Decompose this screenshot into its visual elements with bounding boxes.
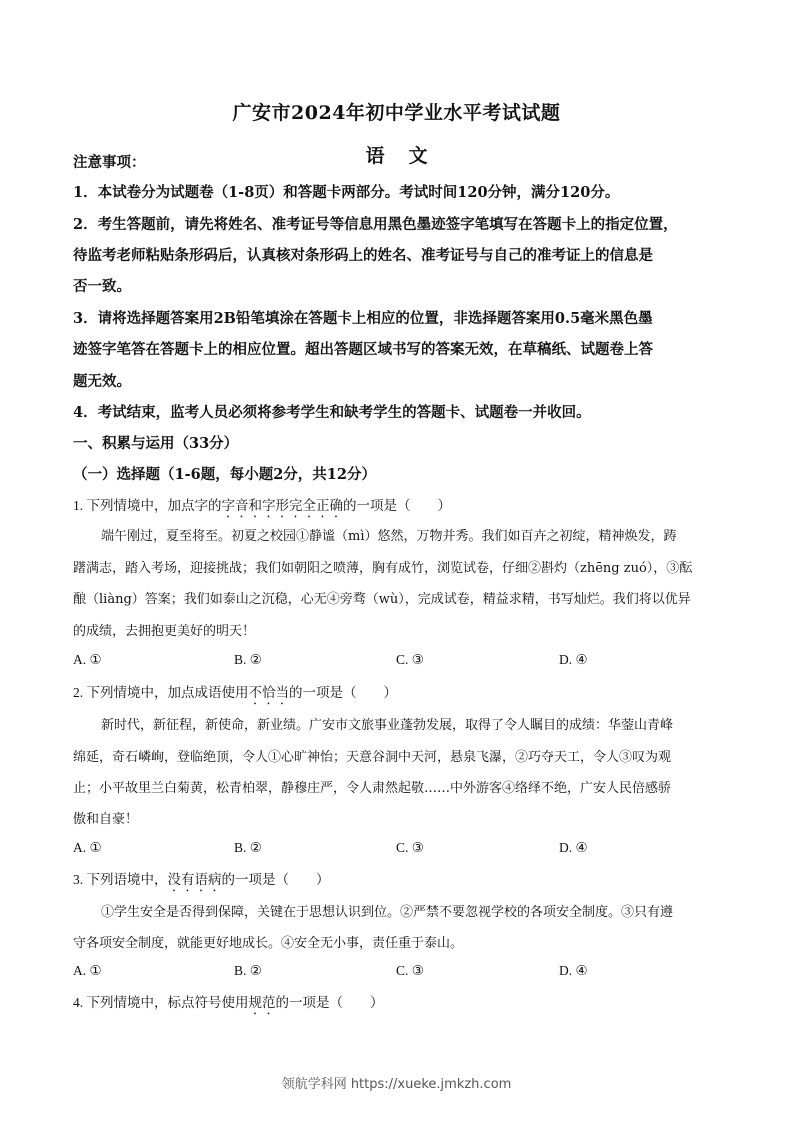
question-1-passage-line: 端午刚过，夏至将至。初夏之校园①静谧（mì）悠然，万物并秀。我们如百卉之初绽，精… — [101, 525, 751, 544]
question-2-passage-line: 新时代，新征程，新使命，新业绩。广安市文旅事业蓬勃发展，取得了令人瞩目的成绩：华… — [101, 714, 751, 733]
option-a[interactable]: A. ① — [73, 840, 102, 856]
question-3-passage-line: ①学生安全是否得到保障，关键在于思想认识到位。②严禁不要忽视学校的各项安全制度。… — [101, 901, 751, 920]
question-1-passage-line: 的成绩，去拥抱更美好的明天！ — [73, 620, 723, 639]
watermark-footer: 领航学科网 https://xueke.jmkzh.com — [0, 1073, 793, 1092]
section-subheading: （一）选择题（1-6题，每小题2分，共12分） — [73, 463, 723, 484]
note-line: 待监考老师粘贴条形码后，认真核对条形码上的姓名、准考证号与自己的准考证上的信息是 — [73, 244, 723, 265]
note-line: 迹签字笔答在答题卡上的相应位置。超出答题区域书写的答案无效，在草稿纸、试题卷上答 — [73, 338, 723, 359]
section-heading: 一、积累与运用（33分） — [73, 432, 723, 453]
option-b[interactable]: B. ② — [234, 963, 262, 979]
question-2-passage-line: 绵延，奇石嶙峋，登临绝顶，令人①心旷神怡；天意谷洞中天河，悬泉飞瀑，②巧夺天工，… — [73, 746, 723, 765]
option-d[interactable]: D. ④ — [559, 963, 588, 979]
question-3-stem: 3. 下列语境中，没有语病的一项是（ ） — [73, 868, 723, 895]
emphasized-text: 规范 — [249, 995, 276, 1010]
question-4-stem: 4. 下列情境中，标点符号使用规范的一项是（ ） — [73, 991, 723, 1018]
note-line: 3．请将选择题答案用2B铅笔填涂在答题卡上相应的位置，非选择题答案用0.5毫米黑… — [73, 307, 723, 328]
question-1-passage-line: 躇满志，踏入考场，迎接挑战；我们如朝阳之喷薄，胸有成竹，浏览试卷，仔细②斟灼（z… — [73, 557, 723, 576]
question-1-stem: 1. 下列情境中，加点字的字音和字形完全正确的一项是（ ） — [73, 494, 723, 521]
exam-title: 广安市2024年初中学业水平考试试题 — [0, 98, 793, 125]
question-2-passage-line: 止；小平故里兰白菊黄，松青柏翠，静穆庄严，令人肃然起敬……中外游客④络绎不绝，广… — [73, 777, 723, 796]
question-2-passage-line: 傲和自豪！ — [73, 808, 723, 827]
emphasized-text: 不恰当 — [249, 685, 290, 700]
option-c[interactable]: C. ③ — [396, 963, 424, 979]
option-d[interactable]: D. ④ — [559, 652, 588, 668]
notes-heading: 注意事项： — [73, 151, 723, 172]
option-a[interactable]: A. ① — [73, 963, 102, 979]
note-line: 题无效。 — [73, 370, 723, 391]
option-c[interactable]: C. ③ — [396, 840, 424, 856]
exam-page: 广安市2024年初中学业水平考试试题 语文 注意事项： 1．本试卷分为试题卷（1… — [0, 0, 793, 1122]
option-b[interactable]: B. ② — [234, 652, 262, 668]
option-d[interactable]: D. ④ — [559, 840, 588, 856]
question-1-passage-line: 酿（liàng）答案；我们如泰山之沉稳，心无④旁骛（wù），完成试卷，精益求精，… — [73, 588, 723, 607]
question-3-passage-line: 守各项安全制度，就能更好地成长。④安全无小事，责任重于泰山。 — [73, 932, 723, 951]
option-b[interactable]: B. ② — [234, 840, 262, 856]
option-a[interactable]: A. ① — [73, 652, 102, 668]
note-line: 否一致。 — [73, 275, 723, 296]
note-line: 2．考生答题前，请先将姓名、准考证号等信息用黑色墨迹签字笔填写在答题卡上的指定位… — [73, 213, 723, 234]
option-c[interactable]: C. ③ — [396, 652, 424, 668]
emphasized-text: 没有语病 — [168, 872, 222, 887]
note-line: 1．本试卷分为试题卷（1-8页）和答题卡两部分。考试时间120分钟，满分120分… — [73, 181, 723, 202]
question-2-stem: 2. 下列情境中，加点成语使用不恰当的一项是（ ） — [73, 681, 723, 708]
note-line: 4．考试结束，监考人员必须将参考学生和缺考学生的答题卡、试题卷一并收回。 — [73, 401, 723, 422]
emphasized-text: 字音和字形完全正确 — [222, 498, 344, 513]
